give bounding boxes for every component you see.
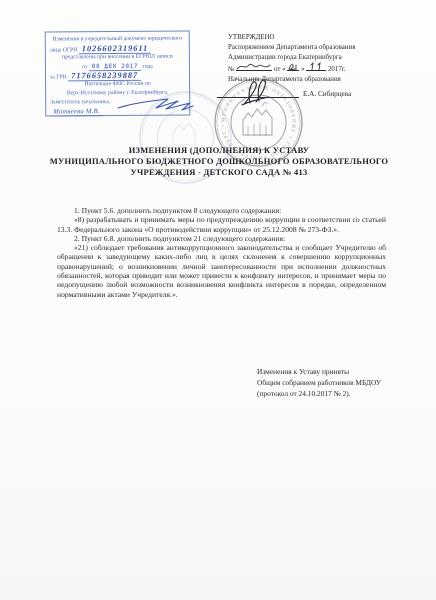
body-paragraph-3: 2. Пункт 6.8. дополнить подпунктом 21 сл… <box>57 234 386 243</box>
body-paragraph-1: 1. Пункт 5.6. дополнить подпунктом 8 сле… <box>57 206 386 215</box>
month-blank <box>306 64 326 71</box>
number-handwritten-scribble <box>236 62 272 72</box>
year-label-approval: 2017г. <box>328 66 346 73</box>
document-title: ИЗМЕНЕНИЯ (ДОПОЛНЕНИЯ) К УСТАВУ МУНИЦИПА… <box>2 145 436 178</box>
from-open-label: от « <box>274 66 286 73</box>
stamp-line-1: Изменения в учредительный документ юриди… <box>48 35 187 45</box>
scanned-document-page: Изменения в учредительный документ юриди… <box>0 0 436 600</box>
number-blank <box>236 64 272 71</box>
stamp-line-3: представлены при внесении в ЕГРЮЛ записи <box>48 53 187 63</box>
body-paragraph-4: «21) соблюдает требования антикоррупцион… <box>57 243 386 299</box>
director-name: Е.А. Сибирцева <box>303 90 351 98</box>
from-label: от <box>82 64 87 70</box>
adoption-line-2: Общим собранием работников МБДОУ <box>257 378 381 389</box>
title-line-1: ИЗМЕНЕНИЯ (ДОПОЛНЕНИЯ) К УСТАВУ <box>2 145 436 156</box>
day-blank <box>287 64 299 71</box>
day-handwritten-scribble <box>287 62 299 72</box>
approval-line-1: Распоряжением Департамента образования <box>228 43 384 53</box>
approved-label: УТВЕРЖДЕНО <box>228 33 384 43</box>
title-line-2: МУНИЦИПАЛЬНОГО БЮДЖЕТНОГО ДОШКОЛЬНОГО ОБ… <box>2 156 436 167</box>
title-line-3: УЧРЕЖДЕНИЯ - ДЕТСКОГО САДА № 413 <box>2 167 436 178</box>
year-label: года <box>143 64 153 70</box>
grn-label: за ГРН <box>50 74 67 80</box>
number-label: № <box>228 66 235 73</box>
document-body: 1. Пункт 5.6. дополнить подпунктом 8 сле… <box>57 206 386 299</box>
body-paragraph-2: «8) разрабатывать и принимать меры по пр… <box>57 215 386 234</box>
seal-emblem <box>243 102 272 136</box>
adoption-line-3: (протокол от 24.10.2017 № 2). <box>257 389 381 400</box>
adoption-note: Изменения к Уставу приняты Общим собрани… <box>257 367 381 400</box>
adoption-line-1: Изменения к Уставу приняты <box>257 367 381 378</box>
close-quote-label: » <box>301 66 304 73</box>
inspector-name: Матвеева М.В. <box>50 108 103 116</box>
month-handwritten-scribble <box>306 62 326 72</box>
